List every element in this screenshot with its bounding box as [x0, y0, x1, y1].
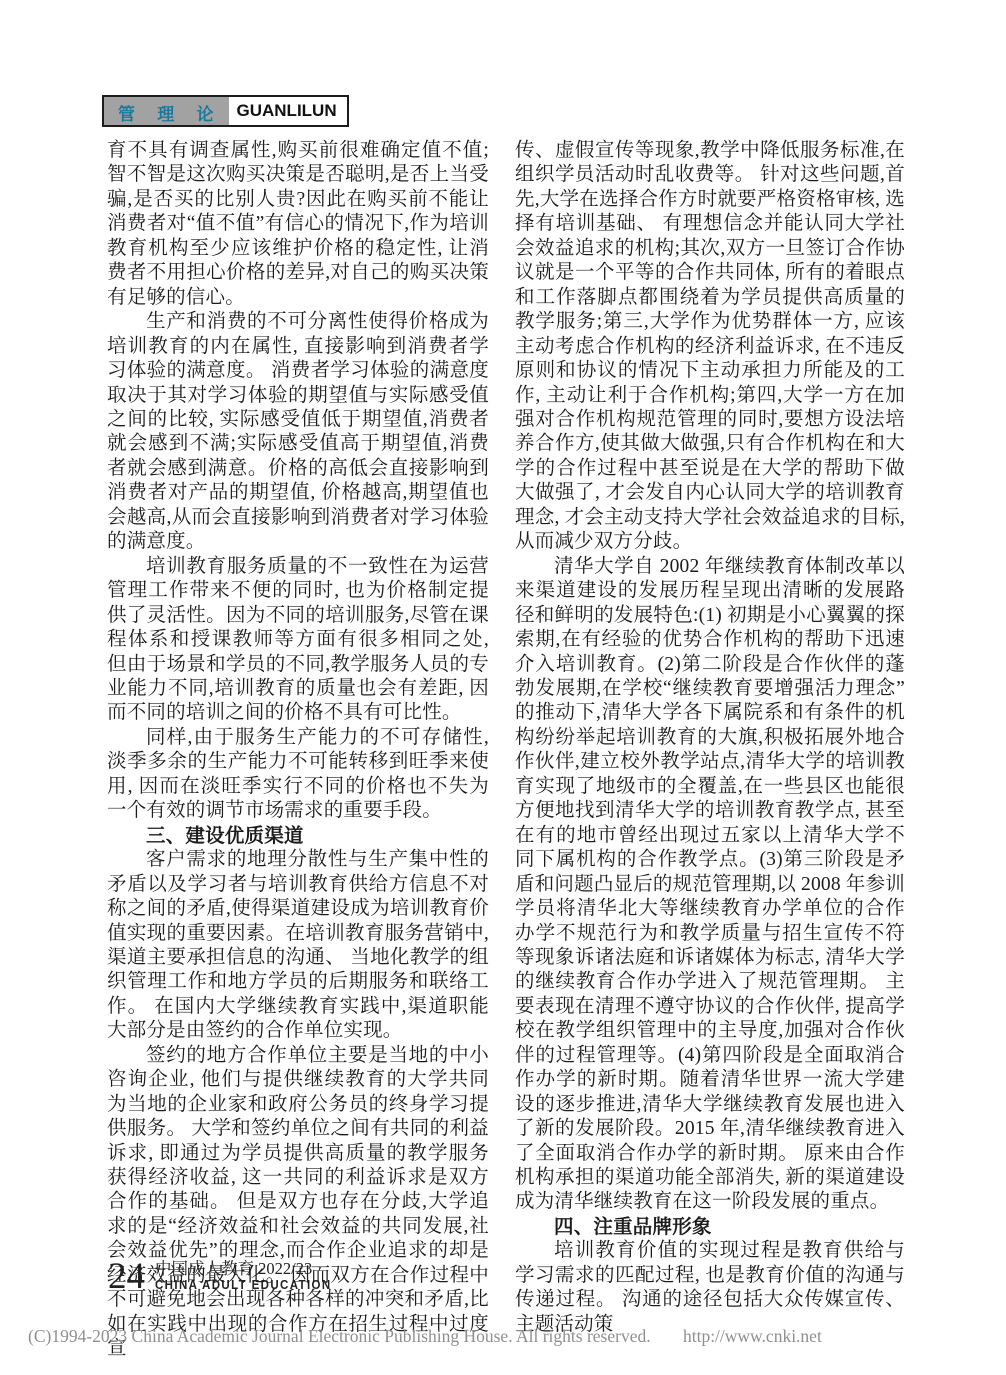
journal-page: 管 理 论 GUANLILUN 育不具有调查属性,购买前很难确定值不值;智不智是… — [0, 0, 1006, 1375]
section-title-chinese: 管 理 论 — [104, 97, 229, 125]
section-badge: 管 理 论 GUANLILUN — [102, 95, 349, 127]
publisher-url: http://www.cnki.net — [683, 1326, 822, 1346]
paragraph: 客户需求的地理分散性与生产集中性的矛盾以及学习者与培训教育供给方信息不对称之间的… — [107, 848, 489, 1044]
paragraph: 培训教育服务质量的不一致性在为运营管理工作带来不便的同时, 也为价格制定提供了灵… — [107, 555, 489, 726]
paragraph: 签约的地方合作单位主要是当地的中小咨询企业, 他们与提供继续教育的大学共同为当地… — [107, 1044, 489, 1362]
paragraph: 清华大学自 2002 年继续教育体制改革以来渠道建设的发展历程呈现出清晰的发展路… — [515, 555, 905, 1215]
journal-title-english: CHINA ADULT EDUCATION — [155, 1278, 332, 1293]
page-footer: 24 中国成人教育 2022/23 CHINA ADULT EDUCATION — [108, 1258, 347, 1296]
paragraph: 同样,由于服务生产能力的不可存储性,淡季多余的生产能力不可能转移到旺季来使用, … — [107, 726, 489, 824]
journal-title-chinese: 中国成人教育 2022/23 — [155, 1259, 347, 1278]
copyright-line: (C)1994-2023 China Academic Journal Elec… — [28, 1326, 822, 1347]
copyright-text: (C)1994-2023 China Academic Journal Elec… — [28, 1326, 651, 1346]
page-number: 24 — [108, 1258, 145, 1296]
paragraph: 生产和消费的不可分离性使得价格成为培训教育的内在属性, 直接影响到消费者学习体验… — [107, 310, 489, 555]
journal-title-block: 中国成人教育 2022/23 CHINA ADULT EDUCATION — [155, 1258, 347, 1293]
article-body: 育不具有调查属性,购买前很难确定值不值;智不智是这次购买决策是否聪明,是否上当受… — [107, 139, 905, 1362]
section-heading-3: 三、建设优质渠道 — [107, 824, 489, 848]
left-column: 育不具有调查属性,购买前很难确定值不值;智不智是这次购买决策是否聪明,是否上当受… — [107, 139, 489, 1362]
paragraph: 育不具有调查属性,购买前很难确定值不值;智不智是这次购买决策是否聪明,是否上当受… — [107, 139, 489, 310]
paragraph: 培训教育价值的实现过程是教育供给与学习需求的匹配过程, 也是教育价值的沟通与传递… — [515, 1239, 905, 1337]
paragraph: 传、虚假宣传等现象,教学中降低服务标准,在组织学员活动时乱收费等。 针对这些问题… — [515, 139, 905, 555]
right-column: 传、虚假宣传等现象,教学中降低服务标准,在组织学员活动时乱收费等。 针对这些问题… — [515, 139, 905, 1362]
section-heading-4: 四、注重品牌形象 — [515, 1215, 905, 1239]
section-title-pinyin: GUANLILUN — [229, 97, 347, 125]
